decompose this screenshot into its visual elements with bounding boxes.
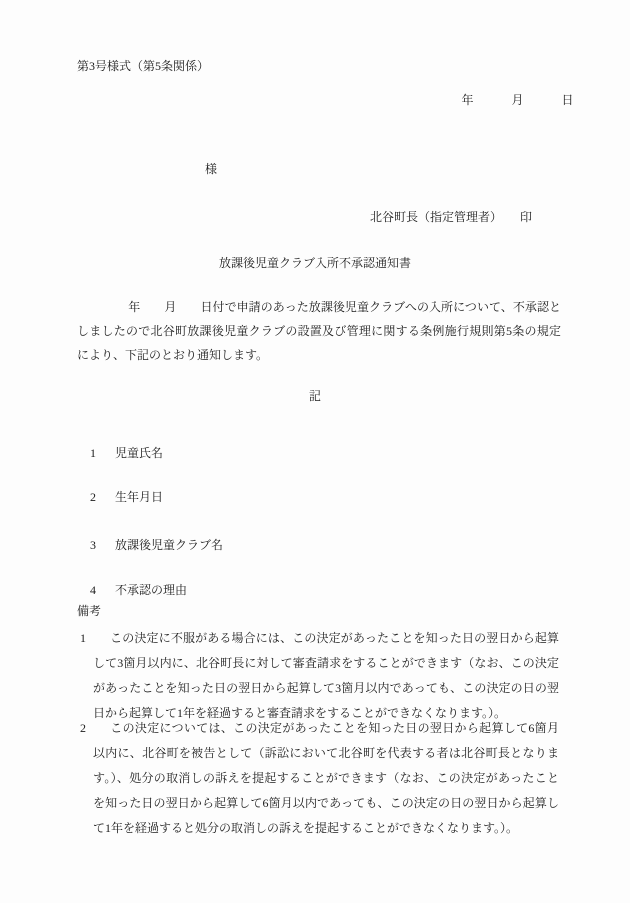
note-text: この決定については、この決定があったことを知った日の翌日から起算して6箇月以内に… (93, 721, 559, 835)
list-item-number: 1 (90, 446, 115, 460)
date-line: 年 月 日 (0, 93, 574, 107)
note-lawsuit: 2この決定については、この決定があったことを知った日の翌日から起算して6箇月以内… (93, 716, 559, 841)
note-text: この決定に不服がある場合には、この決定があったことを知った日の翌日から起算して3… (93, 631, 559, 720)
list-item-birthdate: 2生年月日 (78, 476, 163, 518)
note-number: 2 (80, 721, 86, 735)
list-item-label: 放課後児童クラブ名 (115, 538, 223, 552)
note-appeal: 1この決定に不服がある場合には、この決定があったことを知った日の翌日から起算して… (93, 626, 559, 726)
list-item-number: 4 (90, 583, 115, 597)
notes-heading: 備考 (77, 604, 101, 618)
body-paragraph: 年 月 日付で申請のあった放課後児童クラブへの入所について、不承認としましたので… (77, 295, 561, 367)
notes-section: 1この決定に不服がある場合には、この決定があったことを知った日の翌日から起算して… (93, 626, 559, 841)
ki-separator: 記 (0, 389, 630, 403)
list-item-label: 不承認の理由 (115, 583, 187, 597)
list-item-label: 生年月日 (115, 490, 163, 504)
note-number: 1 (80, 631, 86, 645)
document-title: 放課後児童クラブ入所不承認通知書 (0, 256, 630, 270)
list-item-number: 3 (90, 538, 115, 552)
recipient-honorific: 様 (205, 162, 217, 176)
list-item-club-name: 3放課後児童クラブ名 (78, 524, 223, 566)
list-item-child-name: 1児童氏名 (78, 432, 163, 474)
issuer-line: 北谷町長（指定管理者） 印 (370, 210, 532, 224)
form-number: 第3号様式（第5条関係） (77, 59, 209, 73)
list-item-label: 児童氏名 (115, 446, 163, 460)
list-item-number: 2 (90, 490, 115, 504)
document-page: 第3号様式（第5条関係） 年 月 日 様 北谷町長（指定管理者） 印 放課後児童… (0, 0, 630, 903)
